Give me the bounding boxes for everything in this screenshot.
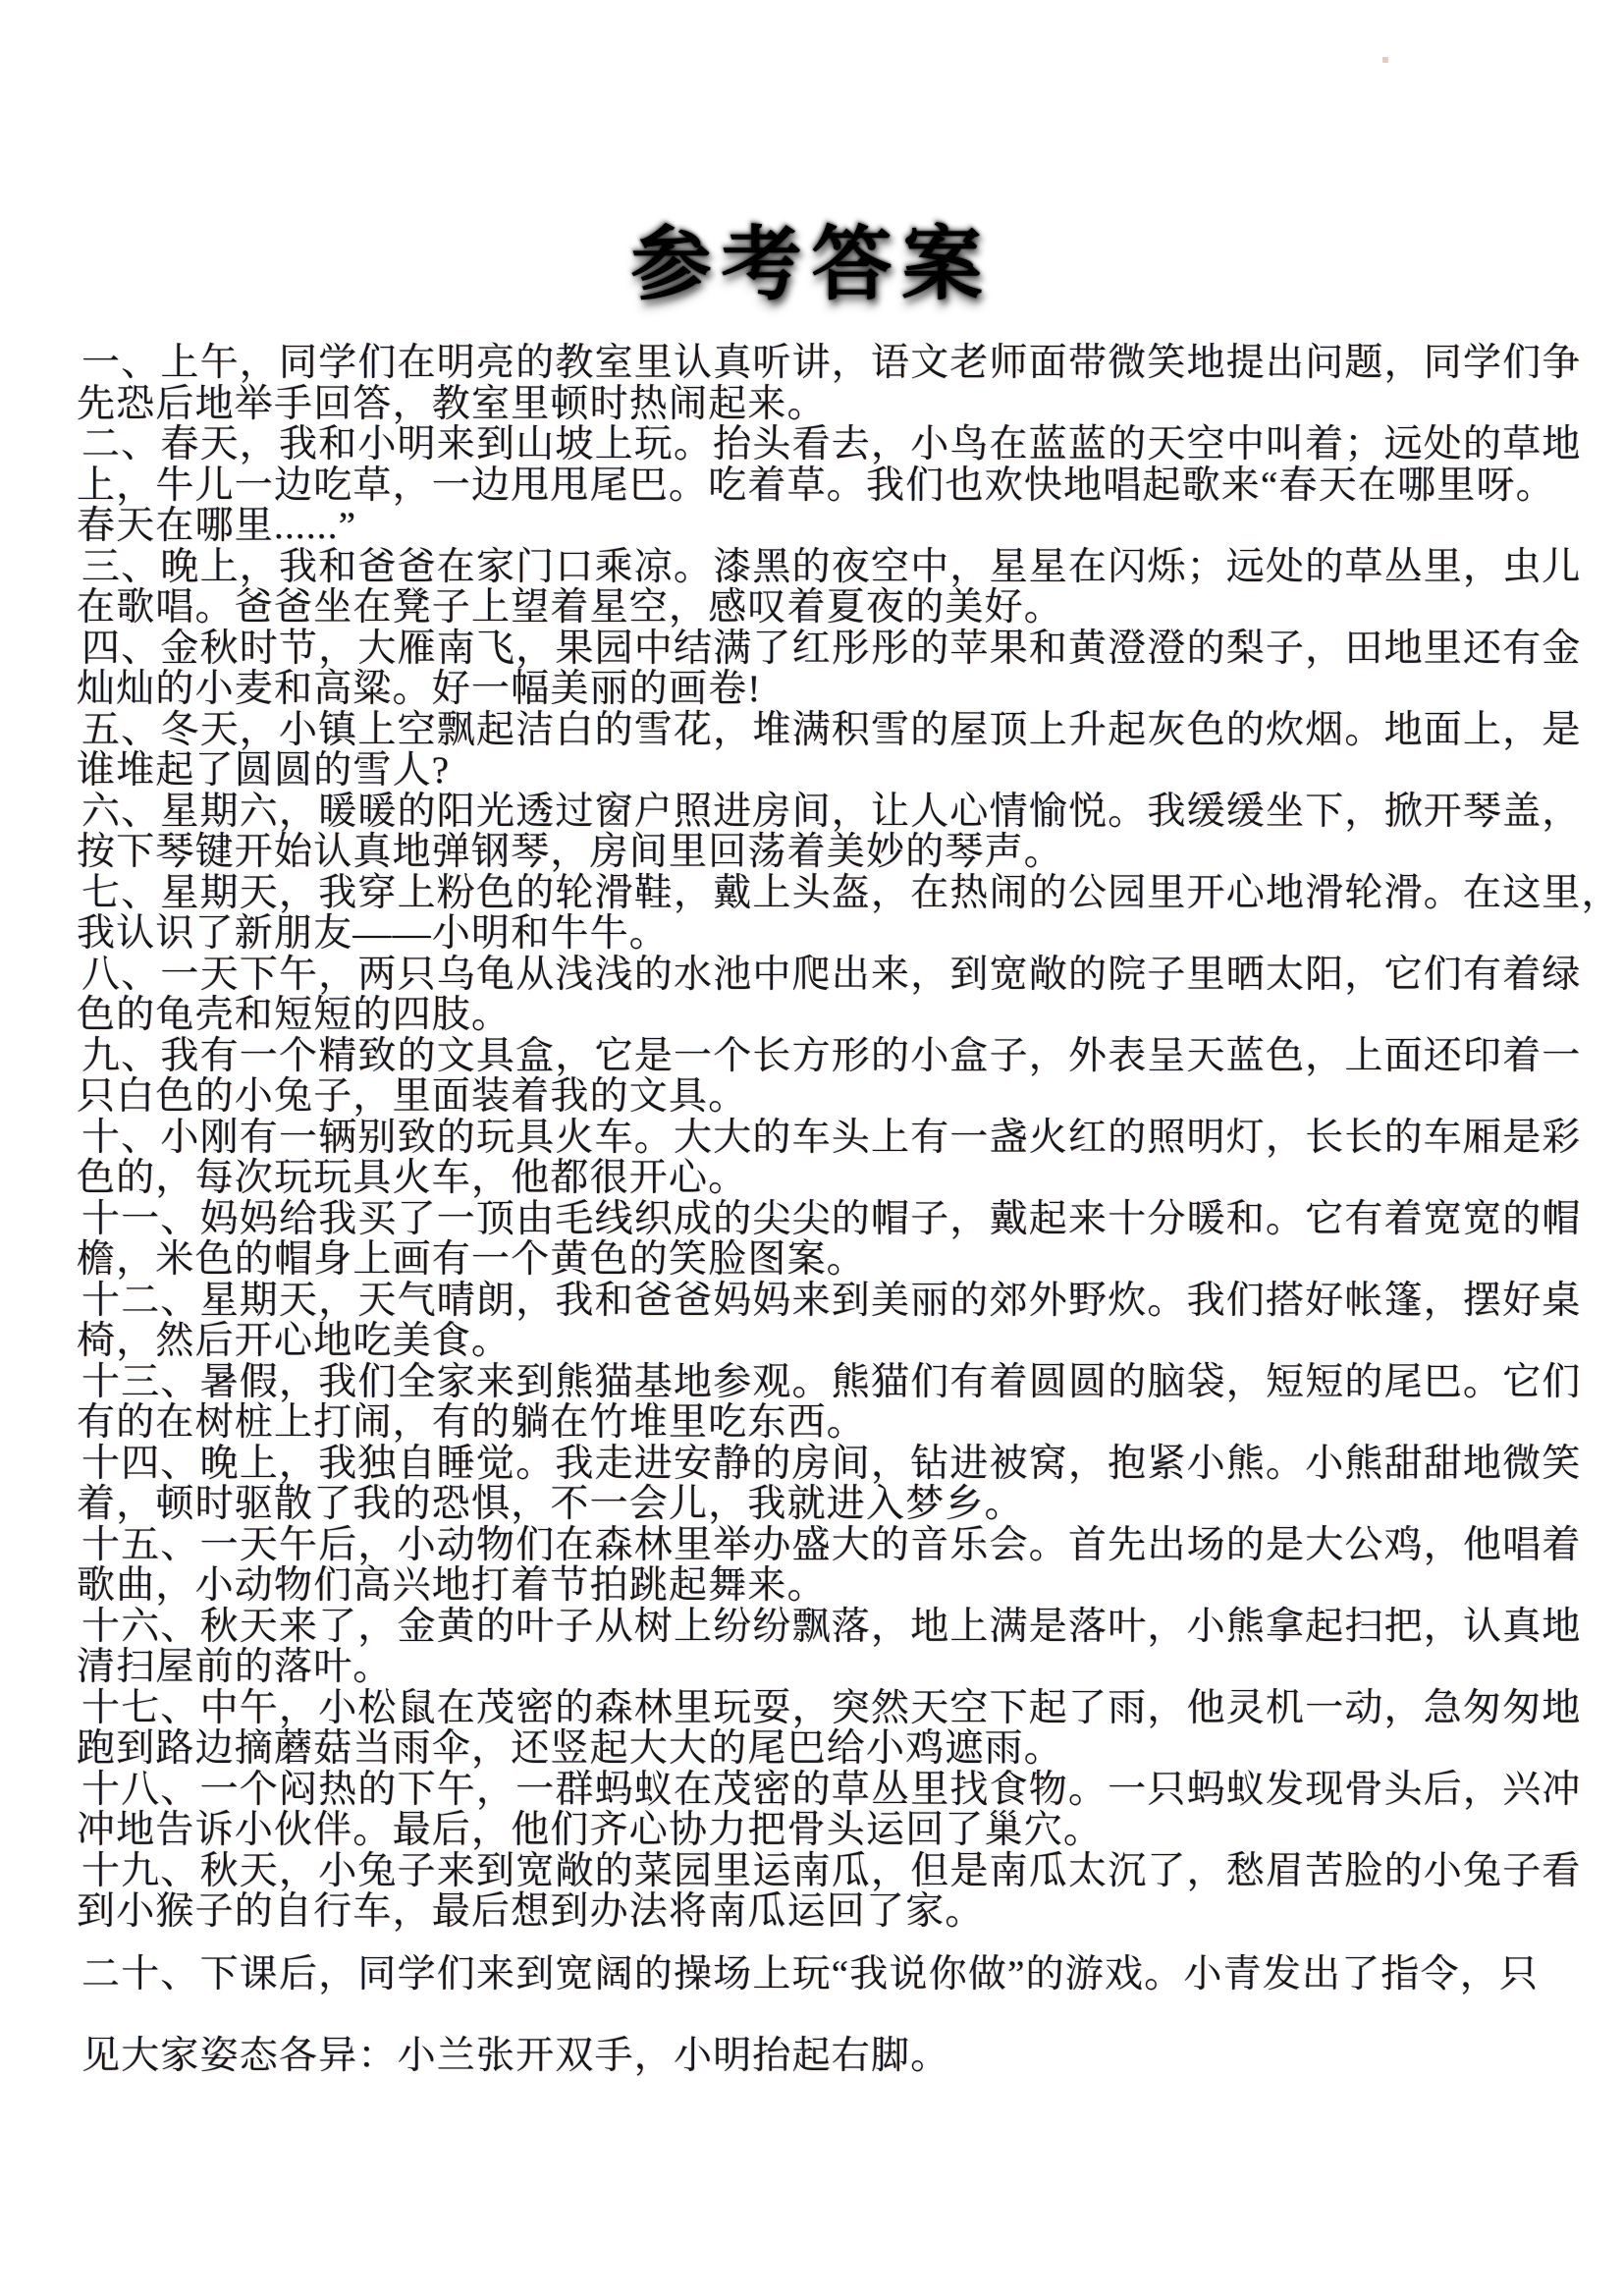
answer-paragraph: 十三、暑假，我们全家来到熊猫基地参观。熊猫们有着圆圆的脑袋，短短的尾巴。它们有的… bbox=[77, 1362, 1574, 1444]
answer-paragraph: 二、春天，我和小明来到山坡上玩。抬头看去，小鸟在蓝蓝的天空中叫着；远处的草地上，… bbox=[77, 424, 1574, 547]
answer-line: 椅，然后开心地吃美食。 bbox=[77, 1321, 1574, 1362]
answer-line: 歌曲，小动物们高兴地打着节拍跳起舞来。 bbox=[77, 1565, 1574, 1607]
answer-paragraph: 十四、晚上，我独自睡觉。我走进安静的房间，钻进被窝，抱紧小熊。小熊甜甜地微笑着，… bbox=[77, 1444, 1574, 1525]
answer-line: 十、小刚有一辆别致的玩具火车。大大的车头上有一盏火红的照明灯，长长的车厢是彩 bbox=[77, 1118, 1574, 1159]
answer-paragraph: 二十、下课后，同学们来到宽阔的操场上玩“我说你做”的游戏。小青发出了指令，只见大… bbox=[77, 1954, 1574, 2077]
answer-paragraph: 九、我有一个精致的文具盒，它是一个长方形的小盒子，外表呈天蓝色，上面还印着一只白… bbox=[77, 1036, 1574, 1118]
answer-line: 一、上午，同学们在明亮的教室里认真听讲，语文老师面带微笑地提出问题，同学们争 bbox=[77, 343, 1574, 384]
answer-line: 见大家姿态各异：小兰张开双手，小明抬起右脚。 bbox=[77, 2036, 1574, 2077]
answer-line: 十六、秋天来了，金黄的叶子从树上纷纷飘落，地上满是落叶，小熊拿起扫把，认真地 bbox=[77, 1607, 1574, 1648]
answer-line: 有的在树桩上打闹，有的躺在竹堆里吃东西。 bbox=[77, 1402, 1574, 1444]
answer-line: 十七、中午，小松鼠在茂密的森林里玩耍，突然天空下起了雨，他灵机一动，急匆匆地 bbox=[77, 1688, 1574, 1729]
answer-paragraph: 十、小刚有一辆别致的玩具火车。大大的车头上有一盏火红的照明灯，长长的车厢是彩色的… bbox=[77, 1118, 1574, 1199]
answer-line: 五、冬天，小镇上空飘起洁白的雪花，堆满积雪的屋顶上升起灰色的炊烟。地面上，是 bbox=[77, 710, 1574, 751]
answer-paragraph: 十五、一天午后，小动物们在森林里举办盛大的音乐会。首先出场的是大公鸡，他唱着歌曲… bbox=[77, 1525, 1574, 1607]
answer-line: 谁堆起了圆圆的雪人? bbox=[77, 750, 1574, 792]
answer-line: 跑到路边摘蘑菇当雨伞，还竖起大大的尾巴给小鸡遮雨。 bbox=[77, 1728, 1574, 1770]
answer-line: 春天在哪里......” bbox=[77, 506, 1574, 547]
answer-line: 七、星期天，我穿上粉色的轮滑鞋，戴上头盔，在热闹的公园里开心地滑轮滑。在这里， bbox=[77, 873, 1574, 914]
answers-list: 一、上午，同学们在明亮的教室里认真听讲，语文老师面带微笑地提出问题，同学们争先恐… bbox=[0, 343, 1623, 2076]
answer-line: 八、一天下午，两只乌龟从浅浅的水池中爬出来，到宽敞的院子里晒太阳，它们有着绿 bbox=[77, 955, 1574, 996]
answer-paragraph: 十九、秋天，小兔子来到宽敞的菜园里运南瓜，但是南瓜太沉了，愁眉苦脸的小兔子看到小… bbox=[77, 1851, 1574, 1933]
answer-line: 灿灿的小麦和高粱。好一幅美丽的画卷! bbox=[77, 669, 1574, 710]
answer-line: 二、春天，我和小明来到山坡上玩。抬头看去，小鸟在蓝蓝的天空中叫着；远处的草地 bbox=[77, 424, 1574, 465]
answer-line: 色的，每次玩玩具火车，他都很开心。 bbox=[77, 1158, 1574, 1199]
answer-paragraph: 十八、一个闷热的下午，一群蚂蚁在茂密的草丛里找食物。一只蚂蚁发现骨头后，兴冲冲地… bbox=[77, 1770, 1574, 1851]
answer-line: 色的龟壳和短短的四肢。 bbox=[77, 995, 1574, 1036]
answer-paragraph: 十一、妈妈给我买了一顶由毛线织成的尖尖的帽子，戴起来十分暖和。它有着宽宽的帽檐，… bbox=[77, 1199, 1574, 1281]
answer-line: 十二、星期天，天气晴朗，我和爸爸妈妈来到美丽的郊外野炊。我们搭好帐篷，摆好桌 bbox=[77, 1281, 1574, 1322]
answer-line: 上，牛儿一边吃草，一边甩甩尾巴。吃着草。我们也欢快地唱起歌来“春天在哪里呀。 bbox=[77, 465, 1574, 507]
answer-line: 四、金秋时节，大雁南飞，果园中结满了红彤彤的苹果和黄澄澄的梨子，田地里还有金 bbox=[77, 629, 1574, 670]
answer-line: 三、晚上，我和爸爸在家门口乘凉。漆黑的夜空中，星星在闪烁；远处的草丛里，虫儿 bbox=[77, 547, 1574, 588]
answer-line: 到小猴子的自行车，最后想到办法将南瓜运回了家。 bbox=[77, 1891, 1574, 1933]
answer-line: 十八、一个闷热的下午，一群蚂蚁在茂密的草丛里找食物。一只蚂蚁发现骨头后，兴冲 bbox=[77, 1770, 1574, 1811]
answer-line: 清扫屋前的落叶。 bbox=[77, 1647, 1574, 1688]
answer-line: 在歌唱。爸爸坐在凳子上望着星空，感叹着夏夜的美好。 bbox=[77, 587, 1574, 629]
answer-paragraph: 十六、秋天来了，金黄的叶子从树上纷纷飘落，地上满是落叶，小熊拿起扫把，认真地清扫… bbox=[77, 1607, 1574, 1688]
answer-line: 九、我有一个精致的文具盒，它是一个长方形的小盒子，外表呈天蓝色，上面还印着一 bbox=[77, 1036, 1574, 1077]
answer-paragraph: 七、星期天，我穿上粉色的轮滑鞋，戴上头盔，在热闹的公园里开心地滑轮滑。在这里，我… bbox=[77, 873, 1574, 955]
scan-artifact-dot bbox=[1382, 57, 1388, 63]
answer-line: 按下琴键开始认真地弹钢琴，房间里回荡着美妙的琴声。 bbox=[77, 832, 1574, 873]
answer-paragraph: 五、冬天，小镇上空飘起洁白的雪花，堆满积雪的屋顶上升起灰色的炊烟。地面上，是谁堆… bbox=[77, 710, 1574, 792]
answer-line: 六、星期六，暖暖的阳光透过窗户照进房间，让人心情愉悦。我缓缓坐下，掀开琴盖， bbox=[77, 792, 1574, 833]
answer-line: 只白色的小兔子，里面装着我的文具。 bbox=[77, 1076, 1574, 1118]
answer-paragraph: 十二、星期天，天气晴朗，我和爸爸妈妈来到美丽的郊外野炊。我们搭好帐篷，摆好桌椅，… bbox=[77, 1281, 1574, 1362]
answer-line: 十九、秋天，小兔子来到宽敞的菜园里运南瓜，但是南瓜太沉了，愁眉苦脸的小兔子看 bbox=[77, 1851, 1574, 1892]
answer-paragraph: 十七、中午，小松鼠在茂密的森林里玩耍，突然天空下起了雨，他灵机一动，急匆匆地跑到… bbox=[77, 1688, 1574, 1770]
answer-line: 冲地告诉小伙伴。最后，他们齐心协力把骨头运回了巢穴。 bbox=[77, 1810, 1574, 1851]
answer-line: 十三、暑假，我们全家来到熊猫基地参观。熊猫们有着圆圆的脑袋，短短的尾巴。它们 bbox=[77, 1362, 1574, 1403]
answer-line: 十四、晚上，我独自睡觉。我走进安静的房间，钻进被窝，抱紧小熊。小熊甜甜地微笑 bbox=[77, 1444, 1574, 1485]
answer-line: 檐，米色的帽身上画有一个黄色的笑脸图案。 bbox=[77, 1239, 1574, 1281]
answer-line: 十一、妈妈给我买了一顶由毛线织成的尖尖的帽子，戴起来十分暖和。它有着宽宽的帽 bbox=[77, 1199, 1574, 1240]
answer-line: 十五、一天午后，小动物们在森林里举办盛大的音乐会。首先出场的是大公鸡，他唱着 bbox=[77, 1525, 1574, 1566]
answer-paragraph: 六、星期六，暖暖的阳光透过窗户照进房间，让人心情愉悦。我缓缓坐下，掀开琴盖，按下… bbox=[77, 792, 1574, 873]
answer-line: 二十、下课后，同学们来到宽阔的操场上玩“我说你做”的游戏。小青发出了指令，只 bbox=[77, 1954, 1574, 1995]
answer-paragraph: 四、金秋时节，大雁南飞，果园中结满了红彤彤的苹果和黄澄澄的梨子，田地里还有金灿灿… bbox=[77, 629, 1574, 710]
answer-paragraph: 一、上午，同学们在明亮的教室里认真听讲，语文老师面带微笑地提出问题，同学们争先恐… bbox=[77, 343, 1574, 424]
page-title: 参考答案 bbox=[0, 221, 1623, 309]
answer-sheet-page: 参考答案 一、上午，同学们在明亮的教室里认真听讲，语文老师面带微笑地提出问题，同… bbox=[0, 0, 1623, 2296]
answer-line: 我认识了新朋友——小明和牛牛。 bbox=[77, 913, 1574, 955]
answer-paragraph: 三、晚上，我和爸爸在家门口乘凉。漆黑的夜空中，星星在闪烁；远处的草丛里，虫儿在歌… bbox=[77, 547, 1574, 629]
answer-line: 先恐后地举手回答，教室里顿时热闹起来。 bbox=[77, 384, 1574, 425]
answer-paragraph: 八、一天下午，两只乌龟从浅浅的水池中爬出来，到宽敞的院子里晒太阳，它们有着绿色的… bbox=[77, 955, 1574, 1036]
answer-line: 着，顿时驱散了我的恐惧，不一会儿，我就进入梦乡。 bbox=[77, 1484, 1574, 1525]
